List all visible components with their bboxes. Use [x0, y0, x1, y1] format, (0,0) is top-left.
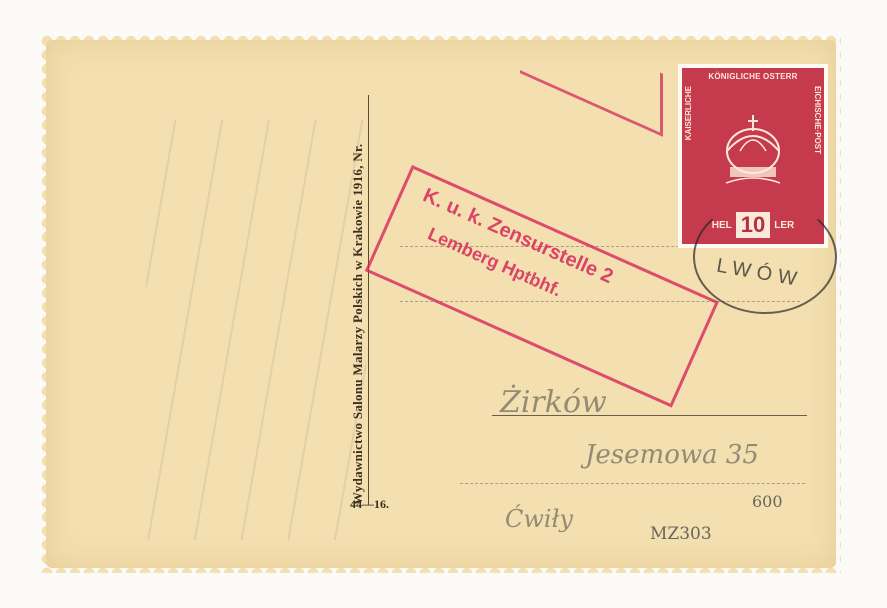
stamp-top-text: KÖNIGLICHE OSTERR [708, 72, 797, 81]
address-line-4 [460, 483, 805, 484]
pencil-reference: MZ303 [650, 524, 712, 544]
publisher-imprint: Wydawnictwo Salonu Malarzy Polskich w Kr… [350, 95, 369, 505]
postmark-circle [693, 200, 837, 314]
address-district: Ćwiły [505, 505, 573, 533]
pencil-price: 600 [752, 492, 783, 511]
stamp-left-text: KAISERLICHE [684, 86, 693, 140]
address-city: Żirków [500, 385, 607, 420]
crown-icon [718, 111, 788, 191]
address-street: Jesemowa 35 [585, 440, 759, 470]
catalog-number: 44—16. [350, 497, 389, 512]
stamp-right-text: EICHISCHE·POST [813, 86, 822, 154]
handwritten-message [146, 120, 366, 540]
